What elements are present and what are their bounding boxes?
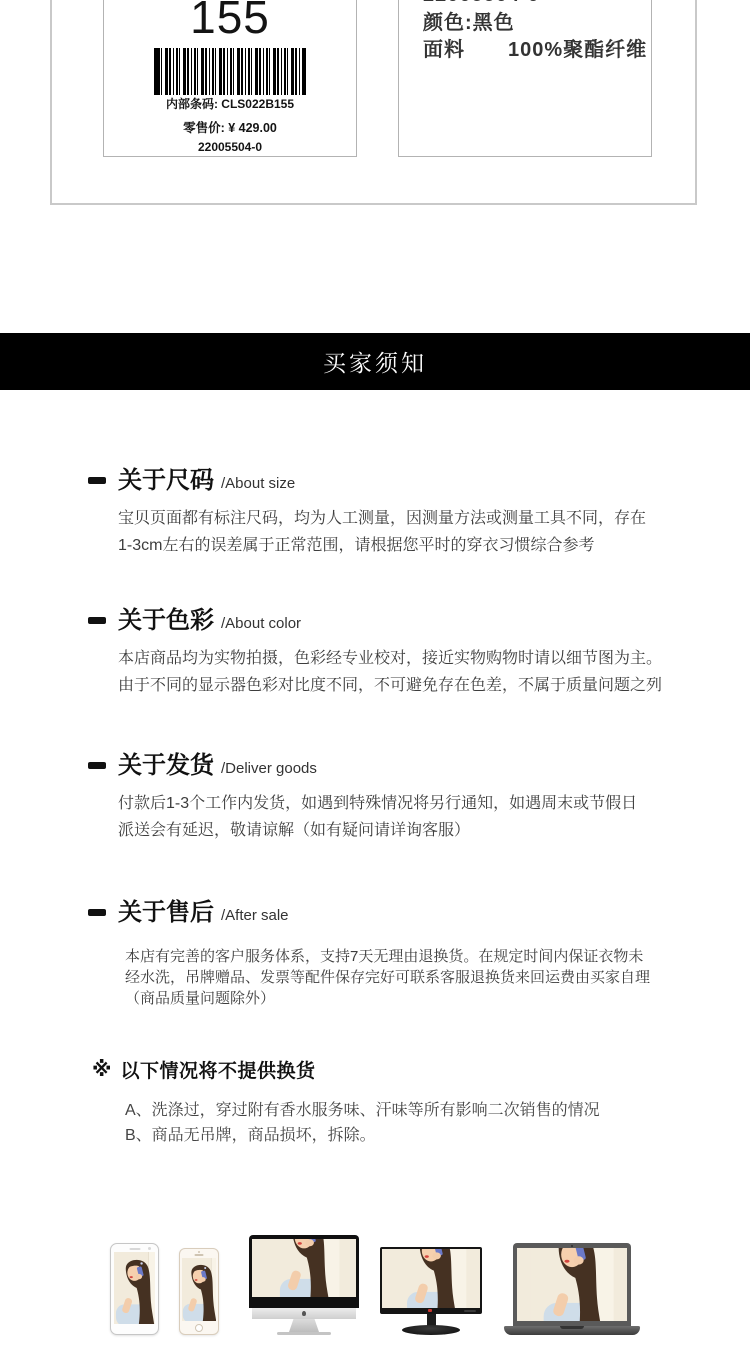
info-color: 颜色:黑色 (423, 10, 651, 38)
phone-speaker (129, 1248, 140, 1250)
section-about-color: 关于色彩 /About color 本店商品均为实物拍摄，色彩经专业校对，接近实… (0, 604, 750, 699)
phone-camera (148, 1247, 151, 1250)
body-line: 经水洗，吊牌赠品、发票等配件保存完好可联系客服退换货来回运费由买家自理 (125, 967, 750, 988)
imac-chin (252, 1308, 356, 1319)
item-code: 22005504-0 (104, 140, 356, 154)
section-title: 关于尺码 (118, 466, 214, 496)
body-line: 1-3cm左右的误差属于正常范围，请根据您平时的穿衣习惯综合参考 (118, 532, 750, 559)
section-after-sale: 关于售后 /After sale 本店有完善的客户服务体系，支持7天无理由退换货… (0, 896, 750, 1009)
iphone-icon (179, 1248, 219, 1335)
size-hang-tag: 155 内部条码: CLS022B155 零售价: ¥ 429.00 22005… (103, 0, 357, 157)
body-line: 由于不同的显示器色彩对比度不同，不可避免存在色差，不属于质量问题之列 (118, 672, 750, 699)
buyer-notice-banner: 买家须知 (0, 333, 750, 390)
laptop-icon (504, 1243, 640, 1335)
barcode-text: 内部条码: CLS022B155 (162, 97, 298, 111)
body-line: 付款后1-3个工作内发货，如遇到特殊情况将另行通知，如遇周末或节假日 (118, 790, 750, 817)
section-body: 本店有完善的客户服务体系，支持7天无理由退换货。在规定时间内保证衣物未 经水洗，… (125, 946, 750, 1009)
notice-items: A、洗涤过，穿过附有香水服务味、汗味等所有影响二次销售的情况 B、商品无吊牌，商… (125, 1098, 750, 1148)
android-phone-icon (110, 1243, 159, 1335)
laptop-lid (513, 1243, 631, 1327)
section-body: 本店商品均为实物拍摄，色彩经专业校对，接近实物购物时请以细节图为主。 由于不同的… (118, 645, 750, 699)
info-item-code: 22005504-0 (423, 0, 651, 10)
product-photo (114, 1252, 155, 1324)
section-about-size: 关于尺码 /About size 宝贝页面都有标注尺码，均为人工测量，因测量方法… (0, 464, 750, 559)
section-deliver-goods: 关于发货 /Deliver goods 付款后1-3个工作内发货，如遇到特殊情况… (0, 749, 750, 844)
product-photo (182, 1258, 216, 1321)
desktop-monitor-icon (380, 1247, 482, 1335)
monitor-base (402, 1325, 460, 1335)
home-button (195, 1324, 203, 1332)
notice-title: 以下情况将不提供换货 (120, 1056, 315, 1083)
section-heading: 关于色彩 /About color (118, 604, 750, 636)
section-title: 关于色彩 (118, 606, 214, 636)
dash-icon (88, 909, 106, 916)
section-subtitle: /About color (221, 612, 301, 636)
section-heading: 关于发货 /Deliver goods (118, 749, 750, 781)
monitor-screen (380, 1247, 482, 1314)
body-line: 派送会有延迟，敬请谅解（如有疑问请详询客服） (118, 817, 750, 844)
section-body: 付款后1-3个工作内发货，如遇到特殊情况将另行通知，如遇周末或节假日 派送会有延… (118, 790, 750, 844)
webcam (571, 1245, 573, 1247)
section-subtitle: /Deliver goods (221, 757, 317, 781)
section-heading: 关于售后 /After sale (118, 896, 750, 928)
dash-icon (88, 477, 106, 484)
body-line: 本店有完善的客户服务体系，支持7天无理由退换货。在规定时间内保证衣物未 (125, 946, 750, 967)
body-line: （商品质量问题除外） (125, 988, 750, 1009)
info-fabric: 面料100%聚酯纤维 (423, 37, 651, 65)
notice-item: B、商品无吊牌，商品损坏，拆除。 (125, 1123, 750, 1148)
product-detail-page: 155 内部条码: CLS022B155 零售价: ¥ 429.00 22005… (0, 0, 750, 1366)
imac-base (277, 1332, 331, 1335)
barcode-image (154, 48, 306, 95)
section-title: 关于发货 (118, 751, 214, 781)
imac-icon (249, 1235, 359, 1335)
size-value: 155 (104, 0, 356, 40)
product-photo (382, 1249, 480, 1308)
apple-logo-icon (302, 1311, 306, 1316)
dash-icon (88, 762, 106, 769)
notice-heading: ※ 以下情况将不提供换货 (92, 1056, 750, 1082)
no-exchange-notice: ※ 以下情况将不提供换货 A、洗涤过，穿过附有香水服务味、汗味等所有影响二次销售… (0, 1056, 750, 1148)
laptop-notch (560, 1326, 584, 1329)
section-body: 宝贝页面都有标注尺码，均为人工测量，因测量方法或测量工具不同，存在 1-3cm左… (118, 505, 750, 559)
phone-camera (198, 1251, 200, 1253)
section-heading: 关于尺码 /About size (118, 464, 750, 496)
product-photo (517, 1248, 627, 1321)
phone-speaker (195, 1254, 204, 1256)
fabric-value: 100%聚酯纤维 (508, 39, 647, 61)
retail-price: 零售价: ¥ 429.00 (104, 118, 356, 136)
section-subtitle: /After sale (221, 904, 289, 928)
section-subtitle: /About size (221, 472, 295, 496)
monitor-buttons (464, 1310, 476, 1312)
notice-item: A、洗涤过，穿过附有香水服务味、汗味等所有影响二次销售的情况 (125, 1098, 750, 1123)
banner-title: 买家须知 (323, 345, 427, 378)
reference-mark-icon: ※ (92, 1057, 111, 1082)
product-photo (252, 1239, 356, 1297)
imac-screen (249, 1235, 359, 1308)
info-hang-tag: 22005504-0 颜色:黑色 面料100%聚酯纤维 (398, 0, 652, 157)
imac-stand (289, 1319, 319, 1332)
body-line: 宝贝页面都有标注尺码，均为人工测量，因测量方法或测量工具不同，存在 (118, 505, 750, 532)
power-led (428, 1309, 432, 1312)
body-line: 本店商品均为实物拍摄，色彩经专业校对，接近实物购物时请以细节图为主。 (118, 645, 750, 672)
dash-icon (88, 617, 106, 624)
device-mockup-row (0, 1240, 750, 1335)
laptop-base (504, 1326, 640, 1335)
section-title: 关于售后 (118, 898, 214, 928)
fabric-label: 面料 (423, 39, 465, 61)
